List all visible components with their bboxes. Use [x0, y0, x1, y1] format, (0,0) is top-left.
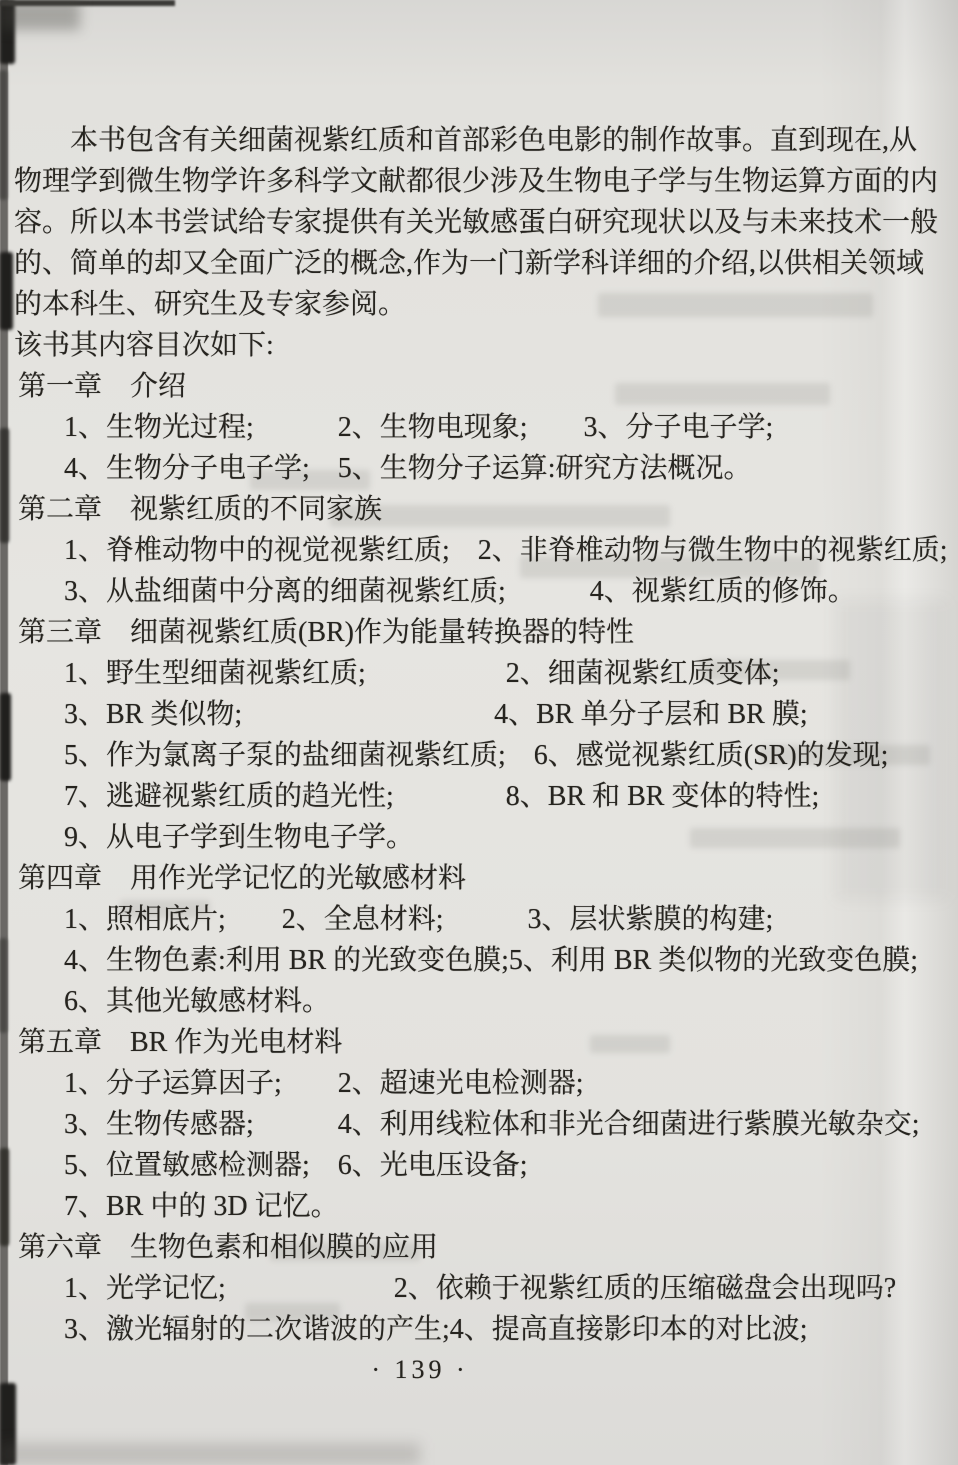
chapter-3-items-line-5: 9、从电子学到生物电子学。: [14, 817, 894, 858]
chapter-6-title: 第六章 生物色素和相似膜的应用: [14, 1227, 894, 1268]
chapter-4-items-line-1: 1、照相底片; 2、全息材料; 3、层状紫膜的构建;: [14, 899, 894, 940]
chapter-4-items-line-3: 6、其他光敏感材料。: [14, 981, 894, 1022]
page-number: · 139 ·: [0, 1350, 840, 1390]
page-text: 本书包含有关细菌视紫红质和首部彩色电影的制作故事。直到现在,从 物理学到微生物学…: [14, 120, 894, 1350]
chapter-6-items-line-1: 1、光学记忆; 2、依赖于视紫红质的压缩磁盘会出现吗?: [14, 1268, 894, 1309]
scan-edge-blot: [0, 1148, 9, 1246]
chapter-5-items-line-1: 1、分子运算因子; 2、超速光电检测器;: [14, 1063, 894, 1104]
chapter-1-items-line-2: 4、生物分子电子学; 5、生物分子运算:研究方法概况。: [14, 448, 894, 489]
intro-line-1: 本书包含有关细菌视紫红质和首部彩色电影的制作故事。直到现在,从: [14, 120, 894, 161]
chapter-3-items-line-1: 1、野生型细菌视紫红质; 2、细菌视紫红质变体;: [14, 653, 894, 694]
scan-corner-smudge: [0, 0, 80, 30]
scan-edge-blot: [0, 70, 7, 200]
chapter-3-items-line-4: 7、逃避视紫红质的趋光性; 8、BR 和 BR 变体的特性;: [14, 776, 894, 817]
chapter-2-title: 第二章 视紫红质的不同家族: [14, 489, 894, 530]
intro-line-3: 容。所以本书尝试给专家提供有关光敏感蛋白研究现状以及与未来技术一般: [14, 202, 894, 243]
chapter-4-items-line-2: 4、生物色素:利用 BR 的光致变色膜;5、利用 BR 类似物的光致变色膜;: [14, 940, 894, 981]
chapter-6-items-line-2: 3、激光辐射的二次谐波的产生;4、提高直接影印本的对比波;: [14, 1309, 894, 1350]
intro-line-5: 的本科生、研究生及专家参阅。: [14, 284, 894, 325]
chapter-5-items-line-4: 7、BR 中的 3D 记忆。: [14, 1186, 894, 1227]
scanned-page: 本书包含有关细菌视紫红质和首部彩色电影的制作故事。直到现在,从 物理学到微生物学…: [0, 0, 958, 1465]
chapter-4-title: 第四章 用作光学记忆的光敏感材料: [14, 858, 894, 899]
scan-edge-blot: [0, 693, 11, 781]
chapter-2-items-line-1: 1、脊椎动物中的视觉视紫红质; 2、非脊椎动物与微生物中的视紫红质;: [14, 530, 894, 571]
chapter-3-title: 第三章 细菌视紫红质(BR)作为能量转换器的特性: [14, 612, 894, 653]
intro-line-2: 物理学到微生物学许多科学文献都很少涉及生物电子学与生物运算方面的内: [14, 161, 894, 202]
scan-edge-blot: [0, 428, 9, 543]
chapter-1-title: 第一章 介绍: [14, 366, 894, 407]
scan-edge-blot: [0, 938, 7, 1033]
chapter-5-items-line-3: 5、位置敏感检测器; 6、光电压设备;: [14, 1145, 894, 1186]
toc-lead: 该书其内容目次如下:: [14, 325, 894, 366]
chapter-5-title: 第五章 BR 作为光电材料: [14, 1022, 894, 1063]
scan-bottom-shade: [0, 1443, 420, 1465]
chapter-5-items-line-2: 3、生物传感器; 4、利用线粒体和非光合细菌进行紫膜光敏杂交;: [14, 1104, 894, 1145]
chapter-3-items-line-2: 3、BR 类似物; 4、BR 单分子层和 BR 膜;: [14, 694, 894, 735]
chapter-1-items-line-1: 1、生物光过程; 2、生物电现象; 3、分子电子学;: [14, 407, 894, 448]
chapter-3-items-line-3: 5、作为氯离子泵的盐细菌视紫红质; 6、感觉视紫红质(SR)的发现;: [14, 735, 894, 776]
scan-edge-blot: [0, 252, 13, 330]
intro-line-4: 的、简单的却又全面广泛的概念,作为一门新学科详细的介绍,以供相关领域: [14, 243, 894, 284]
chapter-2-items-line-2: 3、从盐细菌中分离的细菌视紫红质; 4、视紫红质的修饰。: [14, 571, 894, 612]
